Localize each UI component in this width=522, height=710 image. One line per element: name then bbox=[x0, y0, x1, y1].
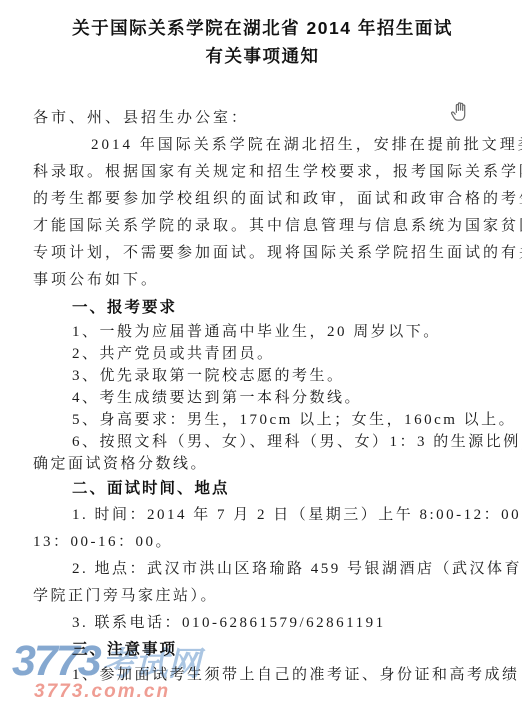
list-item: 4、考生成绩要达到第一本科分数线。 bbox=[33, 387, 492, 409]
intro-line: 的考生都要参加学校组织的面试和政审，面试和政审合格的考生 bbox=[33, 186, 492, 213]
list-item-continuation: 学院正门旁马家庄站）。 bbox=[33, 583, 492, 610]
hand-grab-cursor-icon bbox=[447, 99, 473, 125]
section-heading-requirements: 一、报考要求 bbox=[33, 294, 492, 321]
section-heading-notes: 三、注意事项 bbox=[33, 637, 492, 662]
list-item: 6、按照文科（男、女）、理科（男、女）1：3 的生源比例， bbox=[33, 431, 492, 453]
list-item-phone: 3. 联系电话：010-62861579/62861191 bbox=[33, 610, 492, 637]
doc-title-line1: 关于国际关系学院在湖北省 2014 年招生面试 bbox=[33, 14, 492, 42]
intro-line: 事项公布如下。 bbox=[33, 267, 492, 294]
list-item: 1. 时间：2014 年 7 月 2 日（星期三）上午 8:00-12：00， bbox=[33, 502, 492, 529]
doc-title-line2: 有关事项通知 bbox=[33, 42, 492, 70]
document-page[interactable]: 3773考试网 3773.com.cn 关于国际关系学院在湖北省 2014 年招… bbox=[0, 0, 522, 710]
intro-line: 才能国际关系学院的录取。其中信息管理与信息系统为国家贫困 bbox=[33, 213, 492, 240]
section-heading-interview: 二、面试时间、地点 bbox=[33, 475, 492, 502]
list-item: 2、共产党员或共青团员。 bbox=[33, 343, 492, 365]
list-item: 1、一般为应届普通高中毕业生，20 周岁以下。 bbox=[33, 321, 492, 343]
salutation: 各市、州、县招生办公室： bbox=[33, 104, 492, 132]
list-item: 3、优先录取第一院校志愿的考生。 bbox=[33, 365, 492, 387]
list-item: 1、参加面试考生须带上自己的准考证、身份证和高考成绩 bbox=[33, 662, 492, 688]
list-item: 5、身高要求：男生，170cm 以上；女生，160cm 以上。 bbox=[33, 409, 492, 431]
intro-line: 科录取。根据国家有关规定和招生学校要求，报考国际关系学院 bbox=[33, 159, 492, 186]
list-item-continuation: 确定面试资格分数线。 bbox=[33, 453, 492, 475]
list-item: 2. 地点：武汉市洪山区珞瑜路 459 号银湖酒店（武汉体育 bbox=[33, 556, 492, 583]
intro-line: 专项计划，不需要参加面试。现将国际关系学院招生面试的有关 bbox=[33, 240, 492, 267]
intro-line: 2014 年国际关系学院在湖北招生，安排在提前批文理类本 bbox=[33, 132, 492, 159]
list-item-continuation: 13：00-16：00。 bbox=[33, 529, 492, 556]
document-content: 关于国际关系学院在湖北省 2014 年招生面试 有关事项通知 各市、州、县招生办… bbox=[0, 0, 522, 688]
